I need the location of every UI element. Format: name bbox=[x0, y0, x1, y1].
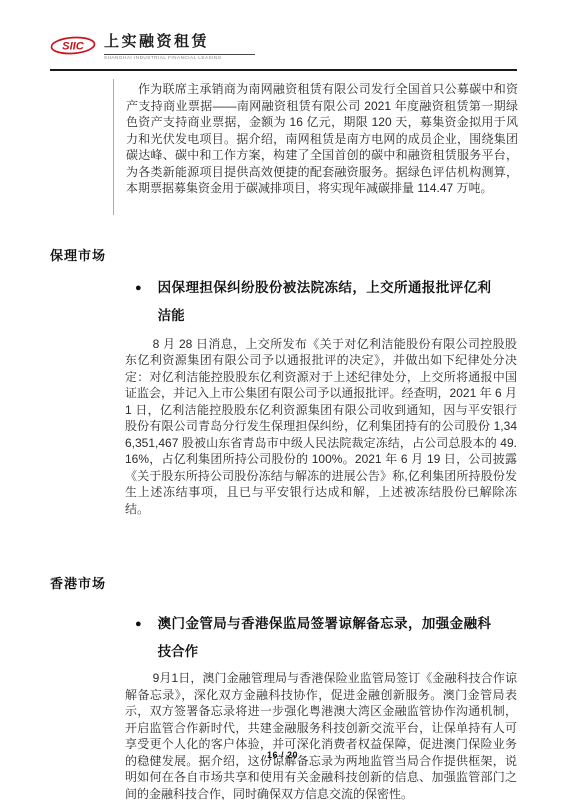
logo-siic-text: SIIC bbox=[62, 40, 85, 52]
news-title-factoring: 因保理担保纠纷股份被法院冻结，上交所通报批评亿利洁能 bbox=[158, 274, 491, 330]
page-footer: 16 / 20 bbox=[0, 745, 565, 763]
intro-paragraph: 作为联席主承销商为南网融资租赁有限公司发行全国首只公募碳中和资产支持商业票据——… bbox=[126, 81, 518, 197]
news-item-hongkong: ● 澳门金管局与香港保监局签署谅解备忘录，加强金融科技合作 bbox=[135, 610, 491, 666]
logo-chinese-name: 上实融资租赁 bbox=[104, 30, 255, 55]
news-item-factoring: ● 因保理担保纠纷股份被法院冻结，上交所通报批评亿利洁能 bbox=[135, 274, 491, 330]
section-heading-hongkong: 香港市场 bbox=[50, 573, 517, 592]
logo-wordmark: 上实融资租赁 SHANGHAI INDUSTRIAL FINANCIAL LEA… bbox=[104, 30, 255, 62]
page-number: 16 / 20 bbox=[267, 750, 298, 760]
document-header: SIIC 上实融资租赁 SHANGHAI INDUSTRIAL FINANCIA… bbox=[50, 30, 517, 71]
bullet-icon: ● bbox=[135, 274, 142, 302]
news-body-hongkong: 9月1日，澳门金融管理局与香港保险业监管局签订《金融科技合作谅解备忘录》，深化双… bbox=[125, 670, 517, 800]
section-heading-factoring: 保理市场 bbox=[50, 245, 517, 264]
intro-quote-block: 作为联席主承销商为南网融资租赁有限公司发行全国首只公募碳中和资产支持商业票据——… bbox=[113, 79, 518, 215]
document-page: SIIC 上实融资租赁 SHANGHAI INDUSTRIAL FINANCIA… bbox=[0, 0, 565, 800]
section-hongkong-market: 香港市场 ● 澳门金管局与香港保监局签署谅解备忘录，加强金融科技合作 9月1日，… bbox=[50, 573, 517, 800]
logo-english-name: SHANGHAI INDUSTRIAL FINANCIAL LEASING bbox=[104, 56, 222, 61]
bullet-icon: ● bbox=[135, 610, 142, 638]
header-divider bbox=[50, 69, 517, 71]
news-title-hongkong: 澳门金管局与香港保监局签署谅解备忘录，加强金融科技合作 bbox=[158, 610, 491, 666]
section-factoring-market: 保理市场 ● 因保理担保纠纷股份被法院冻结，上交所通报批评亿利洁能 8 月 28… bbox=[50, 245, 517, 518]
siic-oval-logo-icon: SIIC bbox=[50, 36, 96, 55]
company-logo: SIIC 上实融资租赁 SHANGHAI INDUSTRIAL FINANCIA… bbox=[50, 30, 517, 64]
news-body-factoring: 8 月 28 日消息，上交所发布《关于对亿利洁能股份有限公司控股股东亿利资源集团… bbox=[125, 336, 517, 518]
